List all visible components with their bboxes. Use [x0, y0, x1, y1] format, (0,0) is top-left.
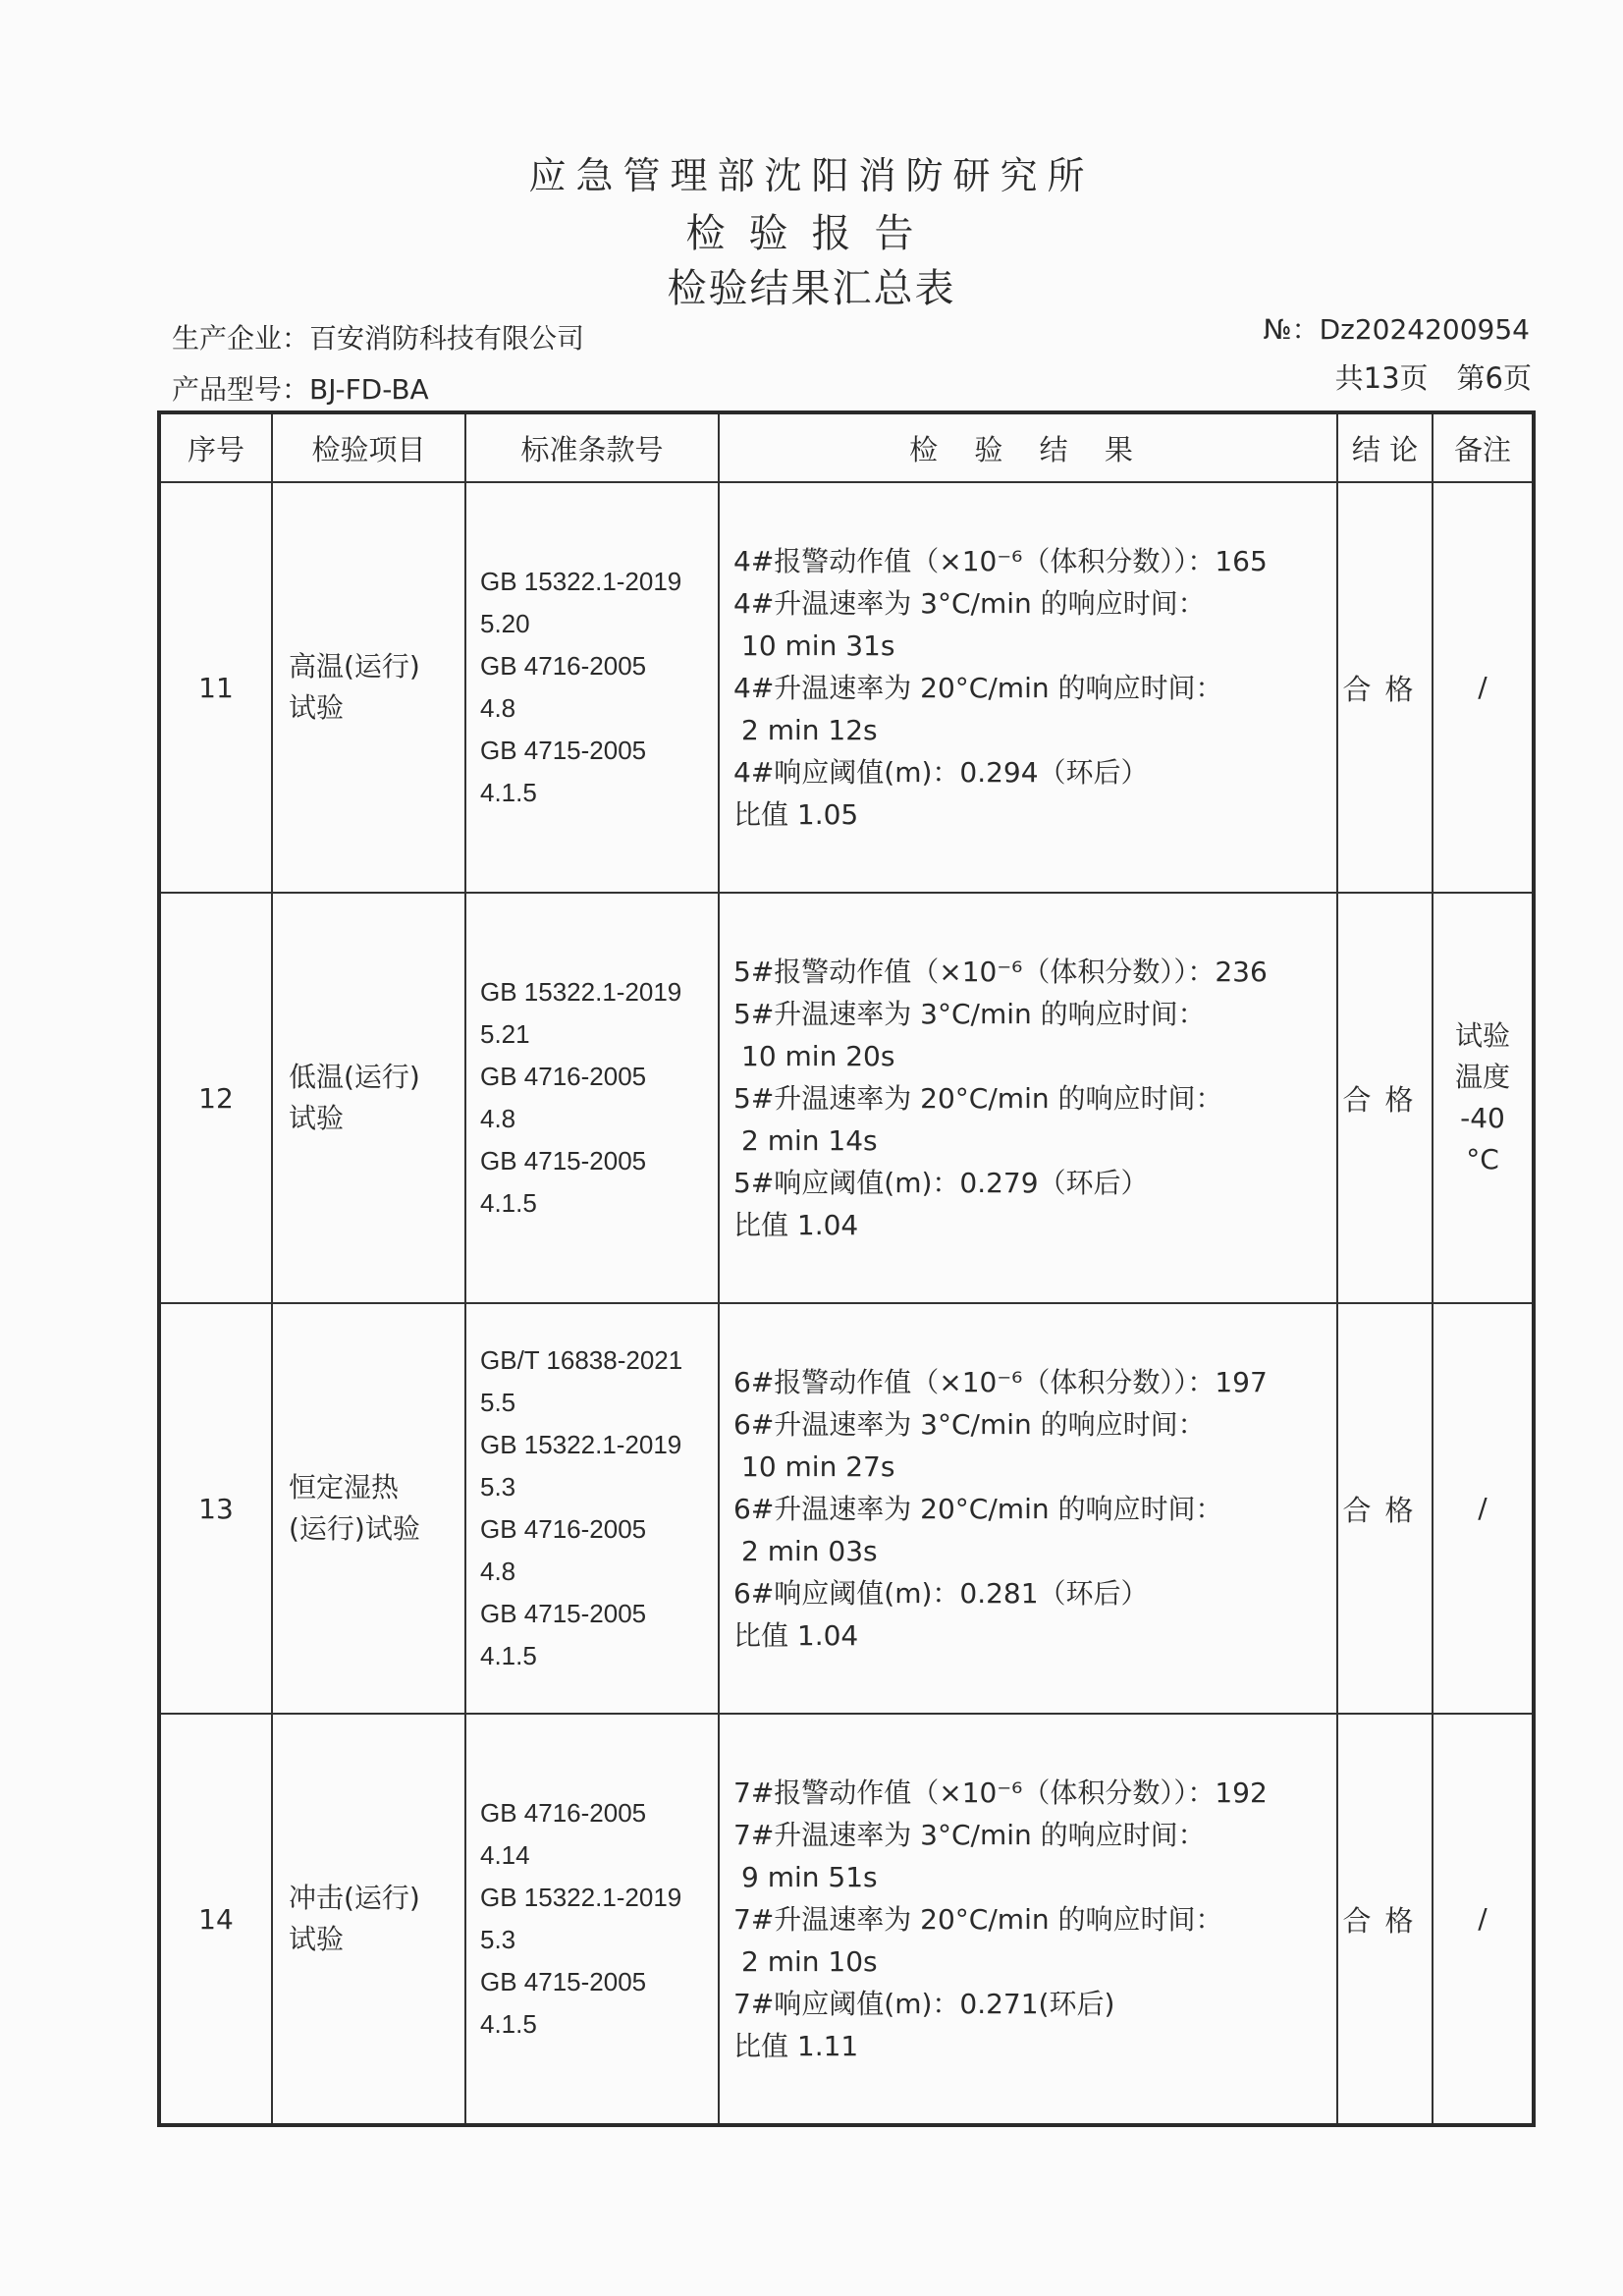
test-result: 6#报警动作值（×10⁻⁶（体积分数））：197 6#升温速率为 3°C/min… [719, 1303, 1337, 1714]
alarm-value: 5#报警动作值（×10⁻⁶（体积分数））：236 [733, 951, 1336, 993]
standard-clauses: GB 15322.1-20195.21 GB 4716-20054.8 GB 4… [465, 893, 719, 1303]
alarm-value: 4#报警动作值（×10⁻⁶（体积分数））：165 [733, 540, 1336, 582]
report-number: №：Dz2024200954 [1263, 308, 1530, 348]
test-item: 冲击(运行) 试验 [272, 1714, 465, 2125]
table-title: 检验结果汇总表 [0, 257, 1623, 313]
conclusion: 合格 [1337, 1303, 1433, 1714]
table-row: 14 冲击(运行) 试验 GB 4716-20054.14 GB 15322.1… [159, 1714, 1534, 2125]
institute-name: 应急管理部沈阳消防研究所 [0, 145, 1623, 199]
test-item: 低温(运行) 试验 [272, 893, 465, 1303]
manufacturer: 生产企业：百安消防科技有限公司 [172, 317, 584, 356]
col-header-item: 检验项目 [272, 412, 465, 482]
remark: / [1433, 1303, 1534, 1714]
col-header-conclusion: 结 论 [1337, 412, 1433, 482]
test-result: 4#报警动作值（×10⁻⁶（体积分数））：165 4#升温速率为 3°C/min… [719, 482, 1337, 893]
alarm-value: 6#报警动作值（×10⁻⁶（体积分数））：197 [733, 1361, 1336, 1403]
row-number: 13 [159, 1303, 272, 1714]
remark: / [1433, 482, 1534, 893]
test-result: 7#报警动作值（×10⁻⁶（体积分数））：192 7#升温速率为 3°C/min… [719, 1714, 1337, 2125]
conclusion: 合格 [1337, 1714, 1433, 2125]
page-indicator: 共13页 第6页 [1335, 356, 1532, 397]
conclusion: 合格 [1337, 893, 1433, 1303]
results-summary-table: 序号 检验项目 标准条款号 检 验 结 果 结 论 备注 11 高温(运行) 试… [157, 410, 1536, 2127]
test-item: 高温(运行) 试验 [272, 482, 465, 893]
report-title: 检验报告 [0, 202, 1623, 258]
col-header-remark: 备注 [1433, 412, 1534, 482]
table-header-row: 序号 检验项目 标准条款号 检 验 结 果 结 论 备注 [159, 412, 1534, 482]
conclusion: 合格 [1337, 482, 1433, 893]
remark: / [1433, 1714, 1534, 2125]
test-item: 恒定湿热 (运行)试验 [272, 1303, 465, 1714]
standard-clauses: GB 15322.1-20195.20 GB 4716-20054.8 GB 4… [465, 482, 719, 893]
row-number: 14 [159, 1714, 272, 2125]
row-number: 11 [159, 482, 272, 893]
col-header-standard: 标准条款号 [465, 412, 719, 482]
row-number: 12 [159, 893, 272, 1303]
col-header-result: 检 验 结 果 [719, 412, 1337, 482]
col-header-no: 序号 [159, 412, 272, 482]
table-row: 13 恒定湿热 (运行)试验 GB/T 16838-20215.5 GB 153… [159, 1303, 1534, 1714]
standard-clauses: GB 4716-20054.14 GB 15322.1-20195.3 GB 4… [465, 1714, 719, 2125]
standard-clauses: GB/T 16838-20215.5 GB 15322.1-20195.3 GB… [465, 1303, 719, 1714]
table-row: 11 高温(运行) 试验 GB 15322.1-20195.20 GB 4716… [159, 482, 1534, 893]
test-result: 5#报警动作值（×10⁻⁶（体积分数））：236 5#升温速率为 3°C/min… [719, 893, 1337, 1303]
table-row: 12 低温(运行) 试验 GB 15322.1-20195.21 GB 4716… [159, 893, 1534, 1303]
remark: 试验 温度 -40 °C [1433, 893, 1534, 1303]
product-model: 产品型号：BJ-FD-BA [172, 368, 429, 408]
alarm-value: 7#报警动作值（×10⁻⁶（体积分数））：192 [733, 1772, 1336, 1814]
